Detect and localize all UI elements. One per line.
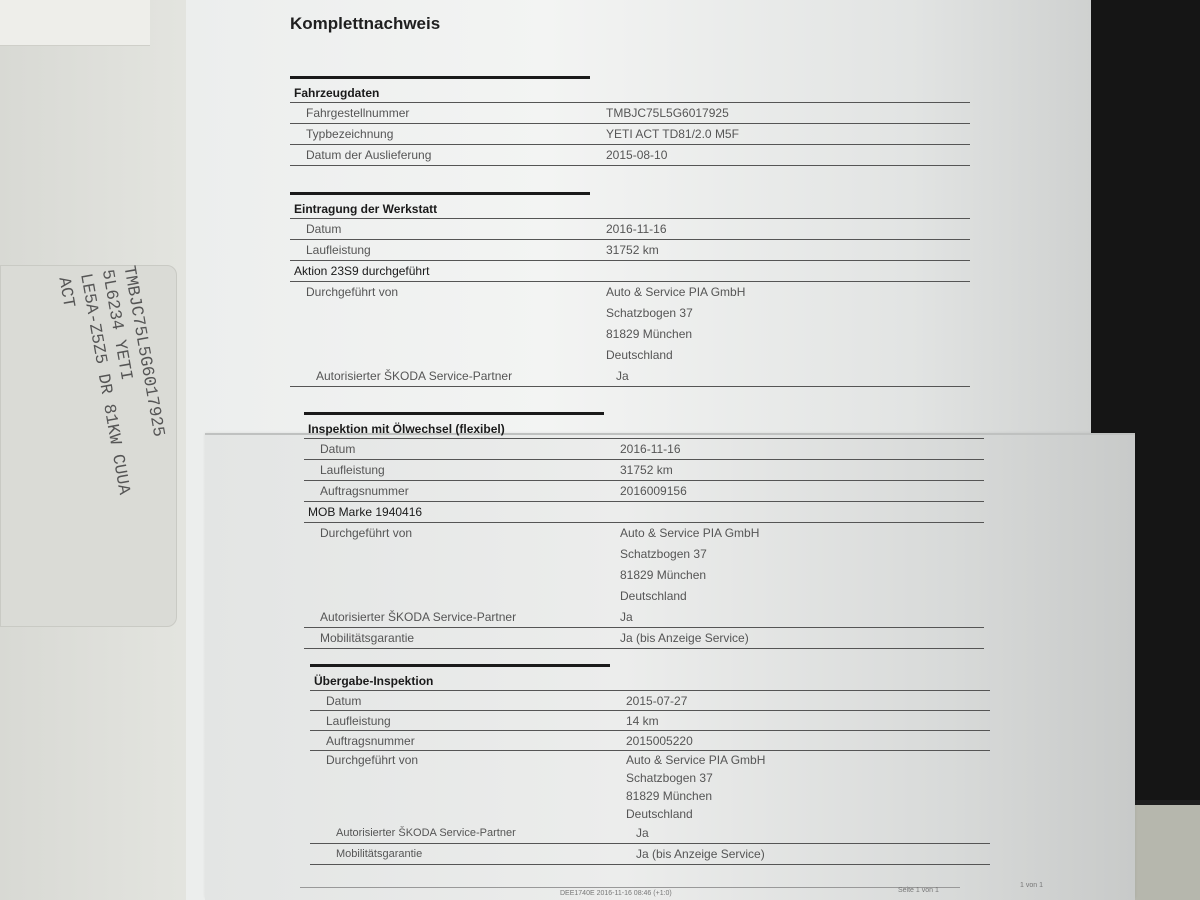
label: Autorisierter ŠKODA Service-Partner <box>310 827 636 839</box>
label: Autorisierter ŠKODA Service-Partner <box>290 369 616 383</box>
row-note: MOB Marke 1940416 <box>304 502 984 523</box>
label: Datum <box>310 694 626 708</box>
value: 2015-07-27 <box>626 694 990 708</box>
address: Auto & Service PIA GmbHSchatzbogen 37818… <box>626 751 990 823</box>
section-handover-inspection: Übergabe-Inspektion Datum2015-07-27 Lauf… <box>310 664 990 865</box>
value: Ja <box>616 369 970 383</box>
value: Ja (bis Anzeige Service) <box>620 631 984 645</box>
address-line: Deutschland <box>626 805 990 823</box>
row-mobility: MobilitätsgarantieJa (bis Anzeige Servic… <box>310 844 990 865</box>
label: Mobilitätsgarantie <box>310 848 636 860</box>
section-bar <box>290 192 590 195</box>
section-title: Übergabe-Inspektion <box>310 672 990 691</box>
row-mileage: Laufleistung31752 km <box>290 240 970 261</box>
section-vehicle-data: Fahrzeugdaten FahrgestellnummerTMBJC75L5… <box>290 76 970 166</box>
footer-print-info: DEE1740E 2016-11-16 08:46 (+1:0) <box>560 890 672 897</box>
label: Datum <box>290 222 606 236</box>
address-line: Schatzbogen 37 <box>620 544 984 565</box>
row-date: Datum2016-11-16 <box>290 219 970 240</box>
label: Mobilitätsgarantie <box>304 631 620 645</box>
section-bar <box>310 664 610 667</box>
label: Laufleistung <box>304 463 620 477</box>
value: 2016-11-16 <box>620 442 984 456</box>
value: 14 km <box>626 714 990 728</box>
address-line: Deutschland <box>606 345 970 366</box>
row-performed-by: Durchgeführt von Auto & Service PIA GmbH… <box>304 523 984 607</box>
section-oil-inspection: Inspektion mit Ölwechsel (flexibel) Datu… <box>304 412 984 649</box>
address-line: Auto & Service PIA GmbH <box>606 282 970 303</box>
section-title: Eintragung der Werkstatt <box>290 200 970 219</box>
label: Durchgeführt von <box>304 523 620 540</box>
card-act: ACT <box>53 276 77 309</box>
section-title: Inspektion mit Ölwechsel (flexibel) <box>304 420 984 439</box>
address: Auto & Service PIA GmbHSchatzbogen 37818… <box>620 523 984 607</box>
label: Autorisierter ŠKODA Service-Partner <box>304 610 620 624</box>
section-workshop-entry: Eintragung der Werkstatt Datum2016-11-16… <box>290 192 970 387</box>
label: Datum der Auslieferung <box>290 148 606 162</box>
value: 31752 km <box>620 463 984 477</box>
row-date: Datum2016-11-16 <box>304 439 984 460</box>
label: Laufleistung <box>310 714 626 728</box>
label: Datum <box>304 442 620 456</box>
row-partner: Autorisierter ŠKODA Service-PartnerJa <box>304 607 984 628</box>
row-partner: Autorisierter ŠKODA Service-PartnerJa <box>310 823 990 844</box>
address-line: 81829 München <box>606 324 970 345</box>
address-line: 81829 München <box>626 787 990 805</box>
label: Auftragsnummer <box>310 734 626 748</box>
document-title: Komplettnachweis <box>290 14 440 34</box>
note: MOB Marke 1940416 <box>304 505 422 519</box>
address-line: Auto & Service PIA GmbH <box>626 751 990 769</box>
label: Durchgeführt von <box>310 751 626 767</box>
row-partner: Autorisierter ŠKODA Service-PartnerJa <box>290 366 970 387</box>
address: Auto & Service PIA GmbHSchatzbogen 37818… <box>606 282 970 366</box>
section-title: Fahrzeugdaten <box>290 84 970 103</box>
value: Ja (bis Anzeige Service) <box>636 847 990 861</box>
value: 31752 km <box>606 243 970 257</box>
address-line: 81829 München <box>620 565 984 586</box>
address-line: Schatzbogen 37 <box>626 769 990 787</box>
address-line: Schatzbogen 37 <box>606 303 970 324</box>
address-line: Auto & Service PIA GmbH <box>620 523 984 544</box>
value: TMBJC75L5G6017925 <box>606 106 970 120</box>
address-line: Deutschland <box>620 586 984 607</box>
row-note: Aktion 23S9 durchgeführt <box>290 261 970 282</box>
row-mileage: Laufleistung31752 km <box>304 460 984 481</box>
section-bar <box>304 412 604 415</box>
value: 2016009156 <box>620 484 984 498</box>
background-sheet-top <box>0 0 150 46</box>
footer-page-number-other: 1 von 1 <box>1020 882 1043 889</box>
value: Ja <box>620 610 984 624</box>
label: Durchgeführt von <box>290 282 606 299</box>
row-type: TypbezeichnungYETI ACT TD81/2.0 M5F <box>290 124 970 145</box>
footer-divider <box>300 887 960 888</box>
value: 2015-08-10 <box>606 148 970 162</box>
row-date: Datum2015-07-27 <box>310 691 990 711</box>
section-bar <box>290 76 590 79</box>
label: Fahrgestellnummer <box>290 106 606 120</box>
row-mobility: MobilitätsgarantieJa (bis Anzeige Servic… <box>304 628 984 649</box>
row-performed-by: Durchgeführt von Auto & Service PIA GmbH… <box>310 751 990 823</box>
label: Typbezeichnung <box>290 127 606 141</box>
row-mileage: Laufleistung14 km <box>310 711 990 731</box>
value: 2015005220 <box>626 734 990 748</box>
value: YETI ACT TD81/2.0 M5F <box>606 127 970 141</box>
label: Laufleistung <box>290 243 606 257</box>
value: Ja <box>636 826 990 840</box>
row-performed-by: Durchgeführt von Auto & Service PIA GmbH… <box>290 282 970 366</box>
row-delivery-date: Datum der Auslieferung2015-08-10 <box>290 145 970 166</box>
label: Auftragsnummer <box>304 484 620 498</box>
footer-page-number: Seite 1 von 1 <box>898 887 939 894</box>
row-order-number: Auftragsnummer2016009156 <box>304 481 984 502</box>
row-vin: FahrgestellnummerTMBJC75L5G6017925 <box>290 103 970 124</box>
row-order-number: Auftragsnummer2015005220 <box>310 731 990 751</box>
note: Aktion 23S9 durchgeführt <box>290 264 429 278</box>
value: 2016-11-16 <box>606 222 970 236</box>
